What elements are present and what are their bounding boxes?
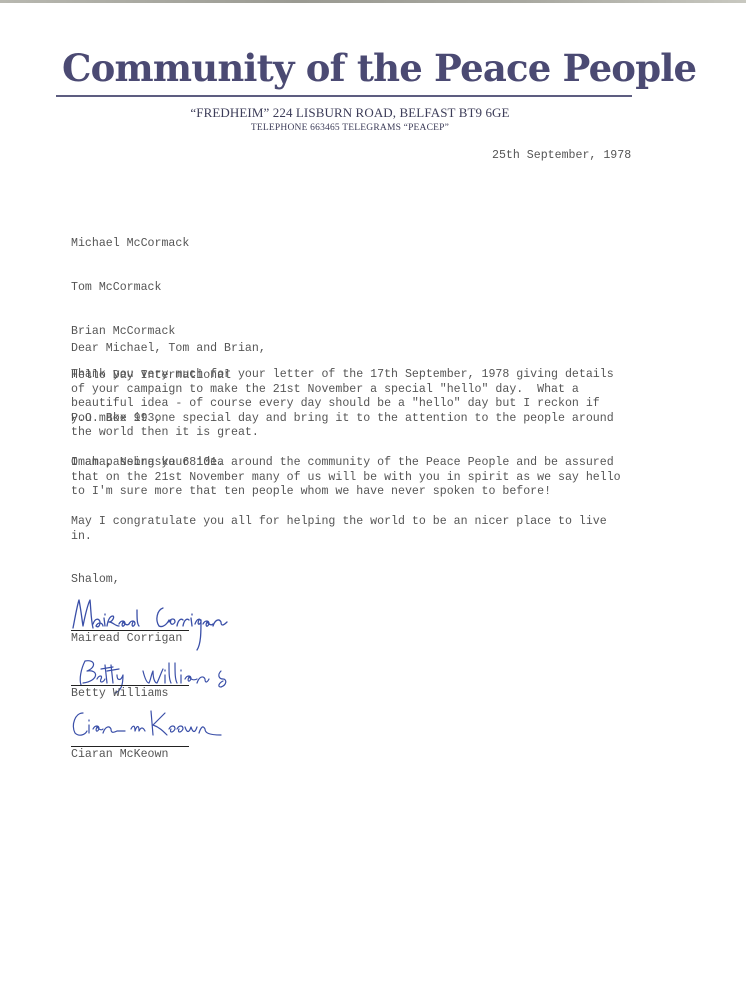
letterhead-divider [56,95,632,97]
signatory-name: Mairead Corrigan [71,632,182,647]
handwritten-signature-icon [71,705,271,745]
recipient-line: Brian McCormack [71,325,231,340]
signatory-name: Betty Williams [71,687,168,702]
letter-date: 25th September, 1978 [492,149,631,164]
signatory-name: Ciaran McKeown [71,748,168,763]
signature-line [71,746,189,747]
signature-line [71,630,189,631]
body-paragraph: I am passing your idea around the commun… [71,456,621,500]
letterhead-organization-name: Community of the Peace People [62,46,642,90]
page-top-edge [0,0,746,3]
recipient-line: Tom McCormack [71,281,231,296]
body-paragraph: Thank you very much for your letter of t… [71,368,614,441]
letterhead-contact: TELEPHONE 663465 TELEGRAMS “PEACEP” [0,123,700,133]
handwritten-signature-icon [71,588,271,658]
body-paragraph: May I congratulate you all for helping t… [71,515,607,544]
recipient-line: Michael McCormack [71,237,231,252]
salutation: Dear Michael, Tom and Brian, [71,342,266,357]
letterhead-address: “FREDHEIM” 224 LISBURN ROAD, BELFAST BT9… [0,105,700,121]
signature-line [71,685,189,686]
closing: Shalom, [71,573,120,588]
